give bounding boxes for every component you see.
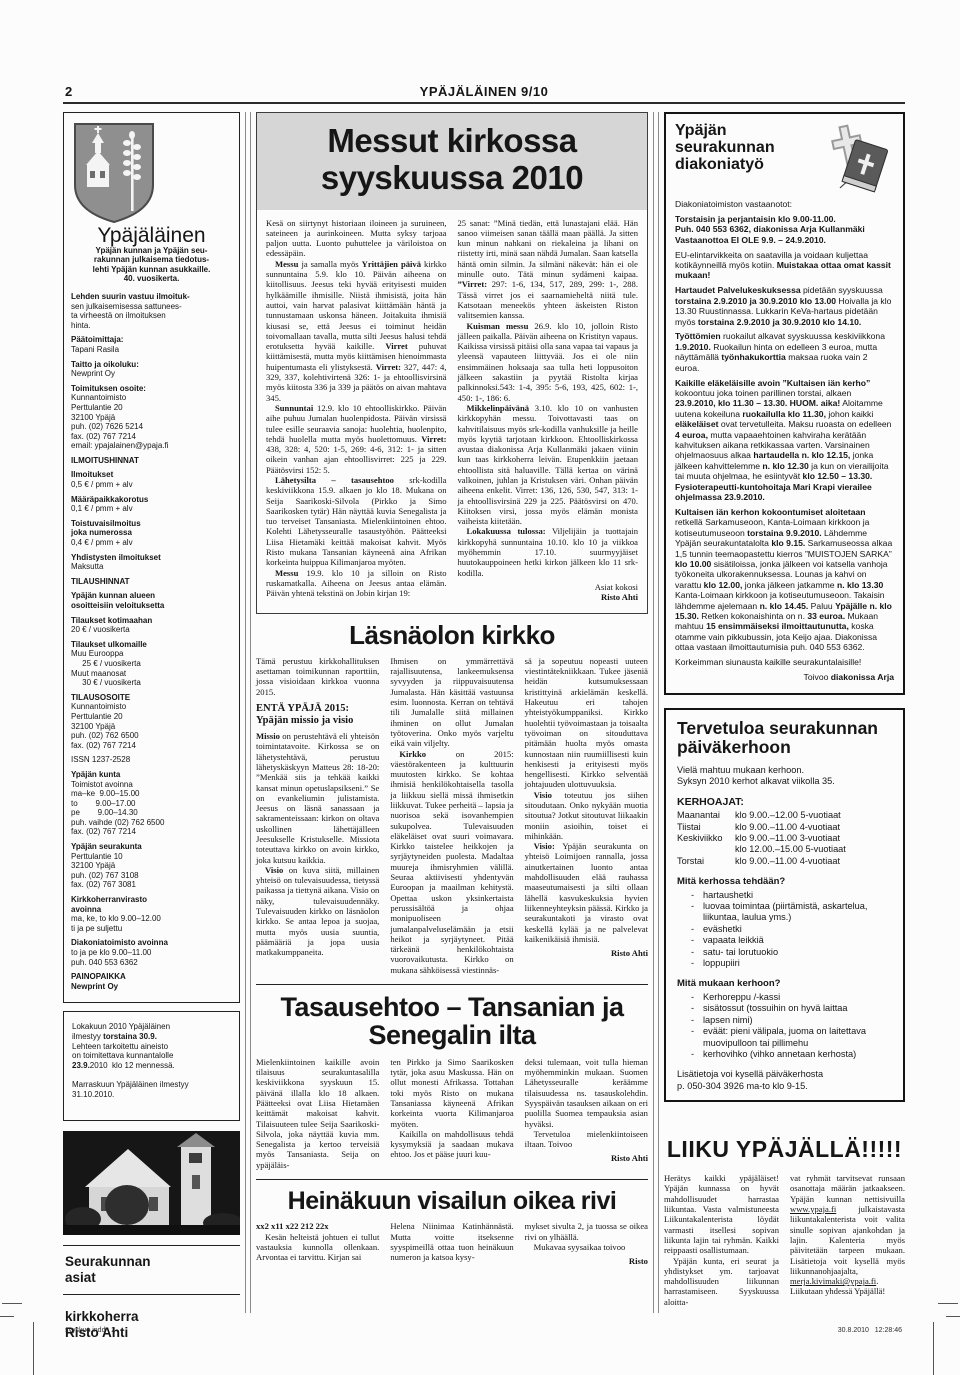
paragraph: mykset sivulta 2, ja tuossa se oikea riv… — [525, 1221, 648, 1242]
paragraph: Messu 19.9. klo 10 ja silloin on Risto r… — [266, 568, 447, 599]
info-block: TILAUSOSOITEKunnantoimistoPerttulantie 2… — [71, 693, 232, 751]
crop-mark — [2, 1303, 22, 1304]
tasausehtoo-column-3: deksi tulemaan, voit tulla hieman myöhem… — [525, 1057, 648, 1170]
paragraph: Tämä perustuu kirkkohallituksen asettama… — [256, 656, 379, 697]
lasnaolo-column-3: sä ja sopeutuu nopeasti uuteen viestintä… — [525, 656, 648, 975]
list-item: eväshetki — [677, 924, 892, 935]
heinakuu-column-1: xx2 x11 x22 212 22xKesän helteistä johtu… — [256, 1221, 379, 1266]
section-divider — [256, 984, 648, 985]
kerho-q2-list: Kerhoreppu /-kassisisätossut (tossuihin … — [677, 992, 892, 1060]
table-row: Maanantaiklo 9.00.–12.00 5-vuotiaat — [677, 810, 892, 821]
heinakuu-byline: Risto — [525, 1256, 648, 1266]
article-tasausehtoo: Tasausehtoo – Tansanian ja Senegalin ilt… — [256, 993, 648, 1170]
table-row: Torstaiklo 9.00.–11.00 4-vuotiaat — [677, 856, 892, 867]
paragraph: ten Pirkko ja Simo Saarikosken tytär, jo… — [390, 1057, 513, 1129]
kerho-q2-heading: Mitä mukaan kerhoon? — [677, 978, 892, 989]
paragraph: Työttömien ruokailut alkavat syyskuussa … — [675, 331, 894, 373]
lasnaolo-column-1: Tämä perustuu kirkkohallituksen asettama… — [256, 656, 379, 975]
diakonia-box: Ypäjänseurakunnandiakoniatyö — [664, 112, 905, 695]
info-block: Taitto ja oikoluku:Newprint Oy — [71, 360, 232, 379]
paragraph: Kesä on siirtynyt historiaan iloineen ja… — [266, 218, 447, 259]
info-block: Tilaukset kotimaahan20 € / vuosikerta — [71, 616, 232, 635]
section-divider — [256, 1179, 648, 1180]
paragraph: Herätys kaikki ypäjäläiset! Ypäjän kunna… — [664, 1173, 779, 1255]
messut-column-1: Kesä on siirtynyt historiaan iloineen ja… — [266, 218, 447, 603]
paragraph: Tervetuloa mielenkiintoiseen iltaan. Toi… — [525, 1129, 648, 1150]
info-block: PAINOPAIKKANewprint Oy — [71, 972, 232, 991]
paragraph: Kaikilla on mahdollisuus tehdä kysymyksi… — [390, 1129, 513, 1160]
heinakuu-column-2: Helena Niinimaa Katinhännästä. Mutta voi… — [390, 1221, 513, 1266]
paragraph: Korkeimman siunausta kaikille seurakunta… — [675, 657, 894, 667]
info-block: Tilaukset ulkomailleMuu Eurooppa 25 € / … — [71, 640, 232, 688]
liiku-column-2: vat ryhmät tarvitsevat runsaan osanottaj… — [790, 1173, 905, 1307]
left-sidebar: Ypäjäläinen Ypäjän kunnan ja Ypäjän seu-… — [63, 112, 240, 1313]
info-block: Ypäjän kuntaToimistot avoinnama–ke 9.00–… — [71, 770, 232, 837]
column-divider — [653, 112, 659, 1313]
list-item: sisätossut (tossuihin on hyvä laittaa — [677, 1003, 892, 1014]
info-block: Kirkkoherranvirastoavoinnama, ke, to klo… — [71, 895, 232, 933]
paragraph: Mielenkiintoinen kaikille avoin tilaisuu… — [256, 1057, 379, 1170]
table-row: klo 12.00.–15.00 5-vuotiaat — [677, 844, 892, 855]
article-messut-title: Messut kirkossasyyskuussa 2010 — [257, 113, 647, 210]
crop-mark — [938, 1303, 958, 1304]
deadline-notice-box: Lokakuun 2010 Ypäjäläinenilmestyy torsta… — [63, 1011, 240, 1120]
paragraph: vat ryhmät tarvitsevat runsaan osanottaj… — [790, 1173, 905, 1297]
liiku-column-1: Herätys kaikki ypäjäläiset! Ypäjän kunna… — [664, 1173, 779, 1307]
notice-paragraph: Marraskuun Ypäjäläinen ilmestyy31.10.201… — [72, 1080, 231, 1099]
article-messut-body: Kesä on siirtynyt historiaan iloineen ja… — [257, 210, 647, 613]
info-block: Toimituksen osoite:KunnantoimistoPerttul… — [71, 384, 232, 451]
paragraph: 25 sanat: ”Minä tiedän, että lunastajani… — [458, 218, 639, 321]
masthead-intro: Ypäjän kunnan ja Ypäjän seu-rakunnan jul… — [71, 246, 232, 284]
right-sidebar: Ypäjänseurakunnandiakoniatyö — [664, 112, 905, 1313]
diakonia-header: Ypäjänseurakunnandiakoniatyö — [675, 122, 894, 196]
coat-of-arms — [71, 121, 232, 225]
heinakuu-column-3: mykset sivulta 2, ja tuossa se oikea riv… — [525, 1221, 648, 1266]
masthead-info-blocks: Lehden suurin vastuu ilmoituk-sen julkai… — [71, 292, 232, 991]
article-lasnaolo: Läsnäolon kirkko Tämä perustuu kirkkohal… — [256, 622, 648, 976]
seurakunnan-asiat-heading: Seurakunnanasiat — [63, 1245, 240, 1295]
paragraph: EU-elintarvikkeita on saatavilla ja void… — [675, 250, 894, 281]
paragraph: Ihmisen on ymmärrettävä rajallisuutensa,… — [390, 656, 513, 749]
paragraph: Sunnuntai 12.9. klo 10 ehtoolliskirkko. … — [266, 403, 447, 475]
paragraph: Kultaisen iän kerhon kokoontumiset aloit… — [675, 507, 894, 653]
paragraph: Mikkelinpäivänä 3.10. klo 10 on vanhuste… — [458, 403, 639, 527]
list-item: luovaa toimintaa (piirtämistä, askartelu… — [677, 901, 892, 924]
article-tasausehtoo-body: Mielenkiintoinen kaikille avoin tilaisuu… — [256, 1057, 648, 1170]
kerhoajat-table: Maanantaiklo 9.00.–12.00 5-vuotiaatTiist… — [677, 810, 892, 867]
info-block: Ypäjän kunnan alueenosoitteisiin veloitu… — [71, 591, 232, 610]
church-photo — [63, 1131, 240, 1235]
article-tasausehtoo-title: Tasausehtoo – Tansanian ja Senegalin ilt… — [256, 993, 648, 1050]
notice-paragraph: Lokakuun 2010 Ypäjäläinenilmestyy torsta… — [72, 1022, 231, 1070]
list-item: lapsen nimi) — [677, 1015, 892, 1026]
info-block: ISSN 1237-2528 — [71, 755, 232, 765]
messut-column-2: 25 sanat: ”Minä tiedän, että lunastajani… — [458, 218, 639, 603]
kerhoajat-heading: KERHOAJAT: — [677, 797, 892, 808]
paragraph: Hartaudet Palvelukeskuksessa pidetään sy… — [675, 285, 894, 327]
diakonia-title: Ypäjänseurakunnandiakoniatyö — [675, 122, 775, 173]
article-liiku-title: LIIKU YPÄJÄLLÄ!!!!! — [664, 1136, 905, 1163]
lasnaolo-subheading: ENTÄ YPÄJÄ 2015:Ypäjän missio ja visio — [256, 703, 379, 727]
list-item: vapaata leikkiä — [677, 935, 892, 946]
info-block: Toistuvaisilmoitusjoka numerossa0,4 € / … — [71, 519, 232, 548]
info-block: Yhdistysten ilmoituksetMaksutta — [71, 553, 232, 572]
info-block: Ilmoitukset0,5 € / pmm + alv — [71, 470, 232, 489]
paragraph: Messu ja samalla myös Yrittäjien päivä k… — [266, 259, 447, 403]
list-item: hartaushetki — [677, 890, 892, 901]
paragraph: xx2 x11 x22 212 22x — [256, 1221, 379, 1231]
bible-cross-icon — [822, 122, 894, 196]
list-item: Kerhoreppu /-kassi — [677, 992, 892, 1003]
paragraph: Visio toteutuu jos siihen sitoudutaan. O… — [525, 790, 648, 841]
paragraph: Kesän helteistä johtuen ei tullut vastau… — [256, 1232, 379, 1263]
article-messut: Messut kirkossasyyskuussa 2010 Kesä on s… — [256, 112, 648, 614]
masthead-box: Ypäjäläinen Ypäjän kunnan ja Ypäjän seu-… — [63, 112, 240, 1003]
tasausehtoo-column-2: ten Pirkko ja Simo Saarikosken tytär, jo… — [390, 1057, 513, 1170]
info-block: Lehden suurin vastuu ilmoituk-sen julkai… — [71, 292, 232, 330]
info-block: ILMOITUSHINNAT — [71, 456, 232, 466]
paragraph: Lokakuussa tulossa: Viljelijäin ja tuott… — [458, 526, 639, 577]
paragraph: Kaikille eläkeläisille avoin ”Kultaisen … — [675, 378, 894, 503]
paivakerho-footer: Lisätietoja voi kysellä päiväkerhostap. … — [677, 1069, 892, 1092]
article-liiku: LIIKU YPÄJÄLLÄ!!!!! Herätys kaikki ypäjä… — [664, 1136, 905, 1307]
paragraph: Diakoniatoimiston vastaanotot: — [675, 199, 894, 209]
article-liiku-body: Herätys kaikki ypäjäläiset! Ypäjän kunna… — [664, 1173, 905, 1307]
table-row: Keskiviikkoklo 9.00.–11.00 3-vuotiaat — [677, 833, 892, 844]
print-slug-filename: syyskuu.indd 2 — [65, 1327, 115, 1334]
page-header: 2 YPÄJÄLÄINEN 9/10 — [63, 84, 905, 104]
kerho-q1-list: hartaushetkiluovaa toimintaa (piirtämist… — [677, 890, 892, 970]
diakonia-paragraphs: Diakoniatoimiston vastaanotot:Torstaisin… — [675, 199, 894, 668]
lasnaolo-column-2: Ihmisen on ymmärrettävä rajallisuutensa,… — [390, 656, 513, 975]
info-block: Diakoniatoimisto avoinnato ja pe klo 9.0… — [71, 938, 232, 967]
tasausehtoo-byline: Risto Ahti — [525, 1153, 648, 1163]
paragraph: Helena Niinimaa Katinhännästä. Mutta voi… — [390, 1221, 513, 1262]
page-content: Ypäjäläinen Ypäjän kunnan ja Ypäjän seu-… — [63, 112, 905, 1313]
paragraph: sä ja sopeutuu nopeasti uuteen viestintä… — [525, 656, 648, 790]
messut-byline: Asiat kokosiRisto Ahti — [458, 582, 639, 603]
kirkkoherra-byline: kirkkoherraRisto Ahti — [63, 1307, 240, 1343]
paragraph: Missio on perustehtävä eli yhteisön toim… — [256, 731, 379, 865]
table-row: Tiistaiklo 9.00.–11.00 4-vuotiaat — [677, 822, 892, 833]
list-item: kerhovihko (vihko annetaan kerhosta) — [677, 1049, 892, 1060]
kerho-q1-heading: Mitä kerhossa tehdään? — [677, 876, 892, 887]
info-block: TILAUSHINNAT — [71, 577, 232, 587]
column-divider — [245, 112, 251, 1313]
article-lasnaolo-title: Läsnäolon kirkko — [256, 622, 648, 649]
list-item: loppupiiri — [677, 958, 892, 969]
masthead-title: Ypäjäläinen — [71, 231, 232, 241]
crop-mark — [946, 1316, 960, 1317]
info-block: Päätoimittaja:Tapani Rasila — [71, 335, 232, 354]
paragraph: Lähetysilta – tasausehtoo srk-kodilla ke… — [266, 475, 447, 568]
paragraph: Kuisman messu 26.9. klo 10, jolloin Rist… — [458, 321, 639, 403]
paivakerho-intro: Vielä mahtuu mukaan kerhoon.Syksyn 2010 … — [677, 765, 892, 788]
crop-mark — [0, 1316, 14, 1317]
newspaper-page: 2 YPÄJÄLÄINEN 9/10 — [0, 0, 960, 1375]
crop-mark — [933, 1322, 934, 1375]
paragraph: Mukavaa syysaikaa toivoo — [525, 1242, 648, 1252]
paragraph: Kirkko on 2015: väestörakenteen ja kultt… — [390, 749, 513, 976]
paragraph: Visio: Ypäjän seurakunta on yhteisö Loim… — [525, 841, 648, 944]
paragraph: Ypäjän kunta, eri seurat ja yhdistykset … — [664, 1256, 779, 1307]
paragraph: Visio on kuva siitä, millainen yhteisö o… — [256, 865, 379, 958]
article-heinakuu: Heinäkuun visailun oikea rivi xx2 x11 x2… — [256, 1188, 648, 1266]
page-header-title: YPÄJÄLÄINEN 9/10 — [63, 84, 905, 99]
list-item: eväät: pieni välipala, juoma on laitetta… — [677, 1026, 892, 1049]
list-item: satu- tai lorutuokio — [677, 947, 892, 958]
print-slug-timestamp: 30.8.2010 12:28:46 — [838, 1327, 902, 1334]
paragraph: deksi tulemaan, voit tulla hieman myöhem… — [525, 1057, 648, 1129]
tasausehtoo-column-1: Mielenkiintoinen kaikille avoin tilaisuu… — [256, 1057, 379, 1170]
info-block: Ypäjän seurakuntaPerttulantie 1032100 Yp… — [71, 842, 232, 890]
article-heinakuu-body: xx2 x11 x22 212 22xKesän helteistä johtu… — [256, 1221, 648, 1266]
article-heinakuu-title: Heinäkuun visailun oikea rivi — [256, 1188, 648, 1214]
main-column: Messut kirkossasyyskuussa 2010 Kesä on s… — [256, 112, 648, 1313]
paivakerho-title: Tervetuloa seurakunnanpäiväkerhoon — [677, 719, 892, 757]
paragraph: Torstaisin ja perjantaisin klo 9.00-11.0… — [675, 214, 894, 245]
info-block: Määräpaikkakorotus0,1 € / pmm + alv — [71, 495, 232, 514]
article-lasnaolo-body: Tämä perustuu kirkkohallituksen asettama… — [256, 656, 648, 975]
paivakerho-box: Tervetuloa seurakunnanpäiväkerhoon Vielä… — [664, 708, 905, 1102]
lasnaolo-byline: Risto Ahti — [525, 948, 648, 958]
diakonia-signoff: Toivoo diakonissa Arja — [675, 672, 894, 682]
crop-mark — [33, 1322, 34, 1375]
